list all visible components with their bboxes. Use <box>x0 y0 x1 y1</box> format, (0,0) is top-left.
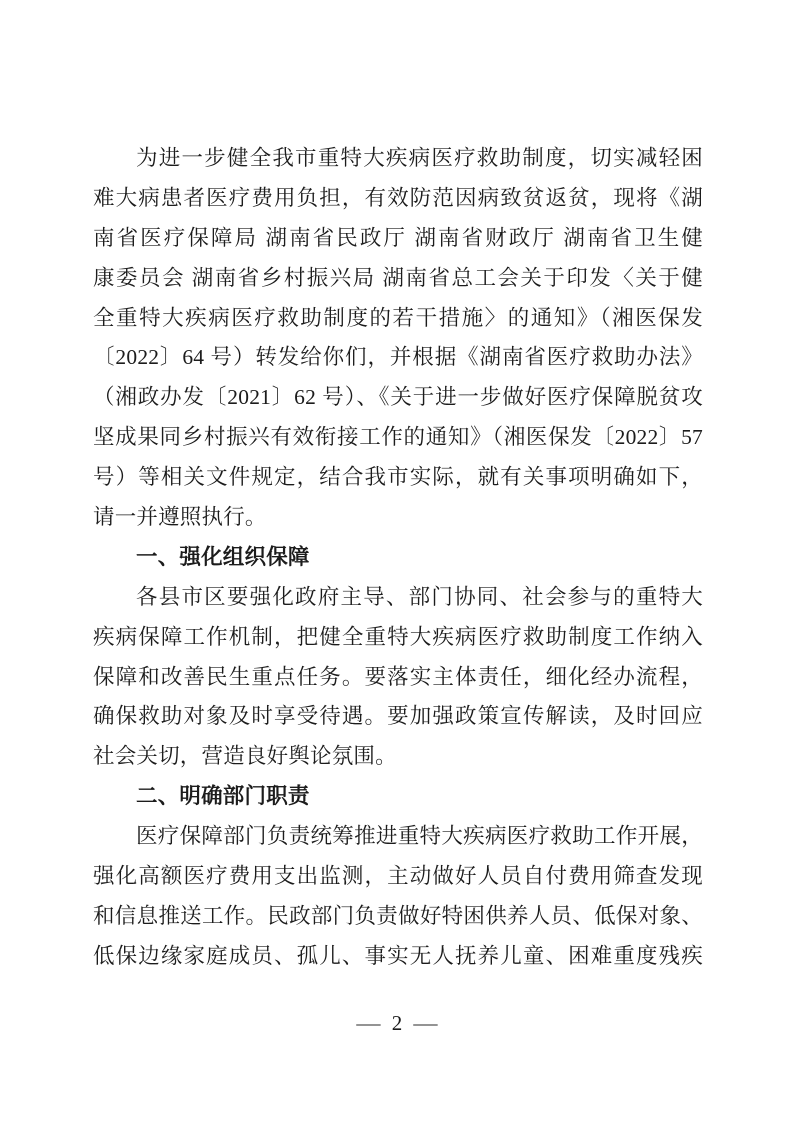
document-line: 和信息推送工作。民政部门负责做好特困供养人员、低保对象、 <box>93 897 703 937</box>
document-line: 难大病患者医疗费用负担，有效防范因病致贫返贫，现将《湖 <box>93 179 703 219</box>
page-footer: — 2 — <box>0 1008 794 1038</box>
document-line: 康委员会 湖南省乡村振兴局 湖南省总工会关于印发〈关于健 <box>93 259 703 299</box>
document-line: 号）等相关文件规定，结合我市实际，就有关事项明确如下， <box>93 458 703 498</box>
document-line: 强化高额医疗费用支出监测，主动做好人员自付费用筛查发现 <box>93 857 703 897</box>
page-number: 2 <box>392 1011 403 1036</box>
document-line: （湘政办发〔2021〕62 号）、《关于进一步做好医疗保障脱贫攻 <box>93 378 703 418</box>
document-line: 各县市区要强化政府主导、部门协同、社会参与的重特大 <box>93 578 703 618</box>
document-line: 医疗保障部门负责统筹推进重特大疾病医疗救助工作开展， <box>93 817 703 857</box>
document-line: 南省医疗保障局 湖南省民政厅 湖南省财政厅 湖南省卫生健 <box>93 219 703 259</box>
footer-dash-right: — <box>414 1011 438 1036</box>
section-heading: 一、强化组织保障 <box>93 538 703 578</box>
document-body: 为进一步健全我市重特大疾病医疗救助制度，切实减轻困难大病患者医疗费用负担，有效防… <box>93 139 703 977</box>
document-line: 请一并遵照执行。 <box>93 498 703 538</box>
document-line: 全重特大疾病医疗救助制度的若干措施〉的通知》（湘医保发 <box>93 299 703 339</box>
section-heading: 二、明确部门职责 <box>93 777 703 817</box>
document-line: 保障和改善民生重点任务。要落实主体责任，细化经办流程， <box>93 658 703 698</box>
footer-dash-left: — <box>356 1011 380 1036</box>
document-line: 低保边缘家庭成员、孤儿、事实无人抚养儿童、困难重度残疾 <box>93 937 703 977</box>
document-line: 社会关切，营造良好舆论氛围。 <box>93 737 703 777</box>
document-page: 为进一步健全我市重特大疾病医疗救助制度，切实减轻困难大病患者医疗费用负担，有效防… <box>0 0 794 1122</box>
document-line: 确保救助对象及时享受待遇。要加强政策宣传解读，及时回应 <box>93 697 703 737</box>
document-line: 为进一步健全我市重特大疾病医疗救助制度，切实减轻困 <box>93 139 703 179</box>
document-line: 〔2022〕64 号）转发给你们，并根据《湖南省医疗救助办法》 <box>93 338 703 378</box>
document-line: 疾病保障工作机制，把健全重特大疾病医疗救助制度工作纳入 <box>93 618 703 658</box>
document-line: 坚成果同乡村振兴有效衔接工作的通知》（湘医保发〔2022〕57 <box>93 418 703 458</box>
